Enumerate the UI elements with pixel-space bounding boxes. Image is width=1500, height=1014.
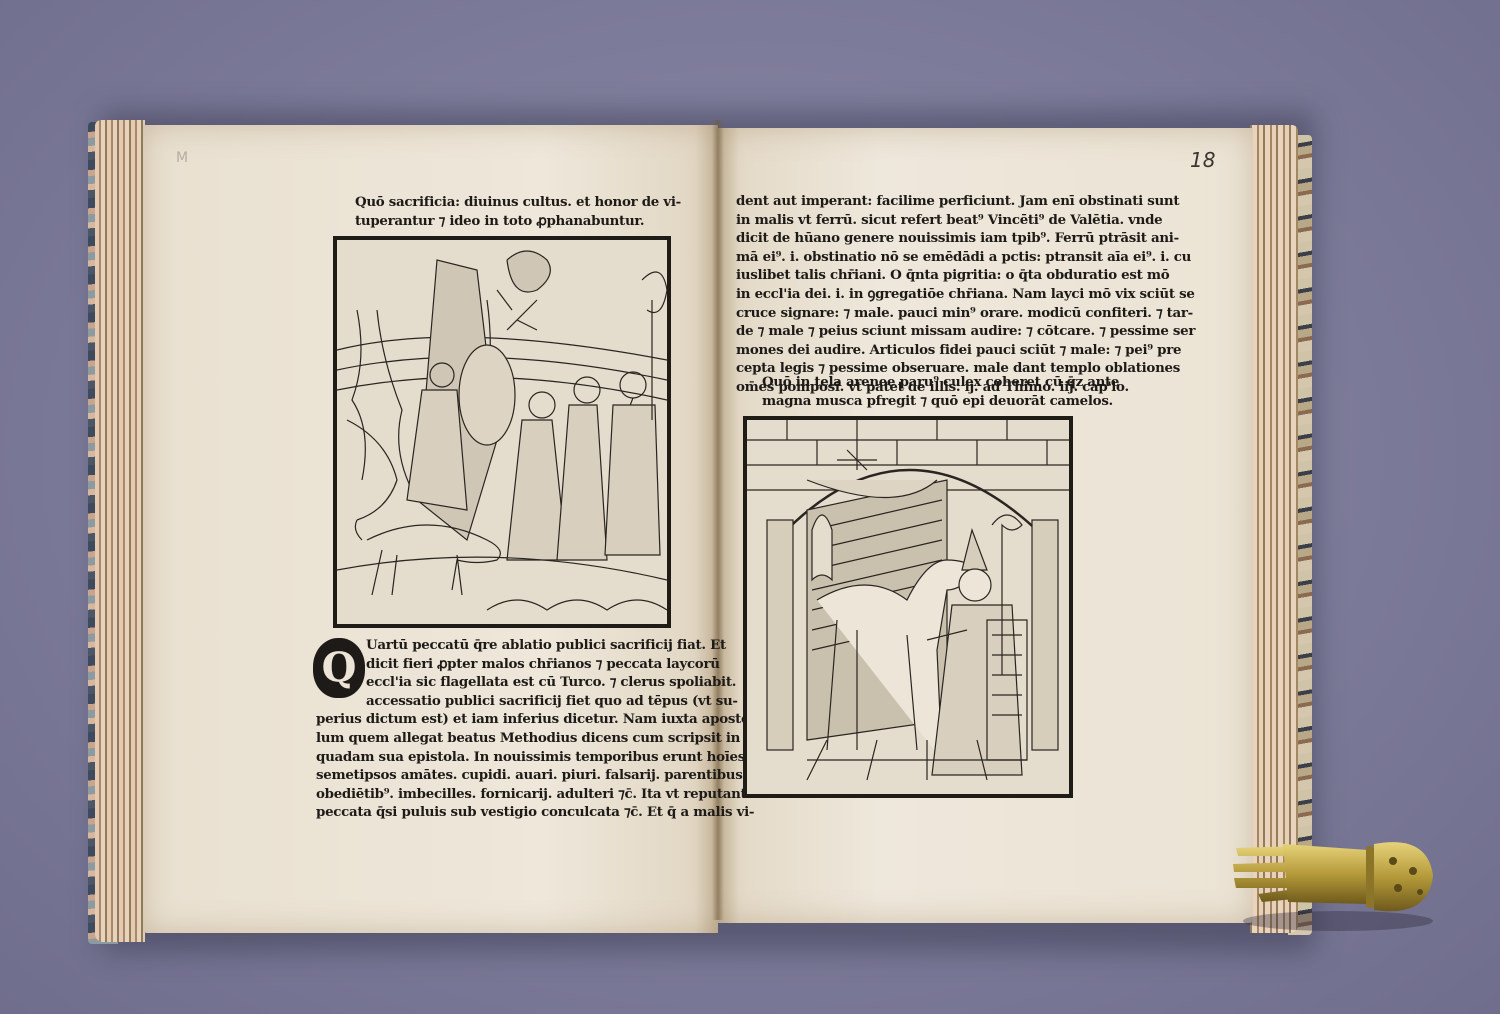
left-page-edges [95, 120, 145, 942]
caption-line: Quō sacrificia: diuinus cultus. et honor… [355, 193, 675, 212]
brass-hand-book-weight [1228, 826, 1438, 936]
text-line: in malis vt ferrū. sicut refert beat⁹ Vi… [736, 211, 1106, 230]
text-line: dicit fieri ꝓpter malos chr̄ianos ⁊ pecc… [316, 655, 686, 674]
woodcut-clerics-boar-icon [337, 240, 667, 624]
caption-line: magna musca pfregit ⁊ quō epi deuorāt ca… [762, 392, 1062, 411]
text-line: peccata q̄si puluis sub vestigio conculc… [316, 803, 686, 822]
text-line: in eccl'ia dei. i. in ꝯgregatiōe chr̄ian… [736, 285, 1106, 304]
text-line: iuslibet talis chr̄iani. O q̄nta pigriti… [736, 266, 1106, 285]
text-line: dicit de hūano genere nouissimis iam tpi… [736, 229, 1106, 248]
text-line: semetipsos amātes. cupidi. auari. piuri.… [316, 766, 686, 785]
right-woodcut-caption: Quō in tela arenee paru⁹ culex coheret c… [762, 373, 1062, 410]
text-line: dent aut imperant: facilime perficiunt. … [736, 192, 1106, 211]
text-line: mones dei audire. Articulos fidei pauci … [736, 341, 1106, 360]
brass-hand-icon [1228, 826, 1438, 936]
text-line: lum quem allegat beatus Methodius dicens… [316, 729, 686, 748]
text-line: de ⁊ male ⁊ peius sciunt missam audire: … [736, 322, 1106, 341]
left-woodcut-illustration [333, 236, 671, 628]
caption-line: tuperantur ⁊ ideo in toto ꝓphanabuntur. [355, 212, 675, 231]
right-page-body-text: dent aut imperant: facilime perficiunt. … [736, 192, 1106, 397]
caption-line: Quō in tela arenee paru⁹ culex coheret c… [762, 373, 1062, 392]
text-line: Uartū peccatū q̄re ablatio publici sacri… [316, 636, 686, 655]
left-page-body-text: Uartū peccatū q̄re ablatio publici sacri… [316, 636, 686, 822]
right-page-edges [1250, 125, 1298, 933]
pencil-mark: M [176, 150, 188, 166]
text-line: mā ei⁹. i. obstinatio nō se emēdādi a pc… [736, 248, 1106, 267]
text-line: obediētib⁹. imbecilles. fornicarij. adul… [316, 785, 686, 804]
folio-number: 18 [1190, 148, 1215, 172]
text-line: eccl'ia sic flagellata est cū Turco. ⁊ c… [316, 673, 686, 692]
text-line: quadam sua epistola. In nouissimis tempo… [316, 748, 686, 767]
woodcut-bishop-camel-icon [747, 420, 1069, 794]
right-woodcut-illustration [743, 416, 1073, 798]
text-line: cruce signare: ⁊ male. pauci min⁹ orare.… [736, 304, 1106, 323]
text-line: accessatio publici sacrificij fiet quo a… [316, 692, 686, 711]
text-line: perius dictum est) et iam inferius dicet… [316, 710, 686, 729]
left-woodcut-caption: Quō sacrificia: diuinus cultus. et honor… [355, 193, 675, 230]
